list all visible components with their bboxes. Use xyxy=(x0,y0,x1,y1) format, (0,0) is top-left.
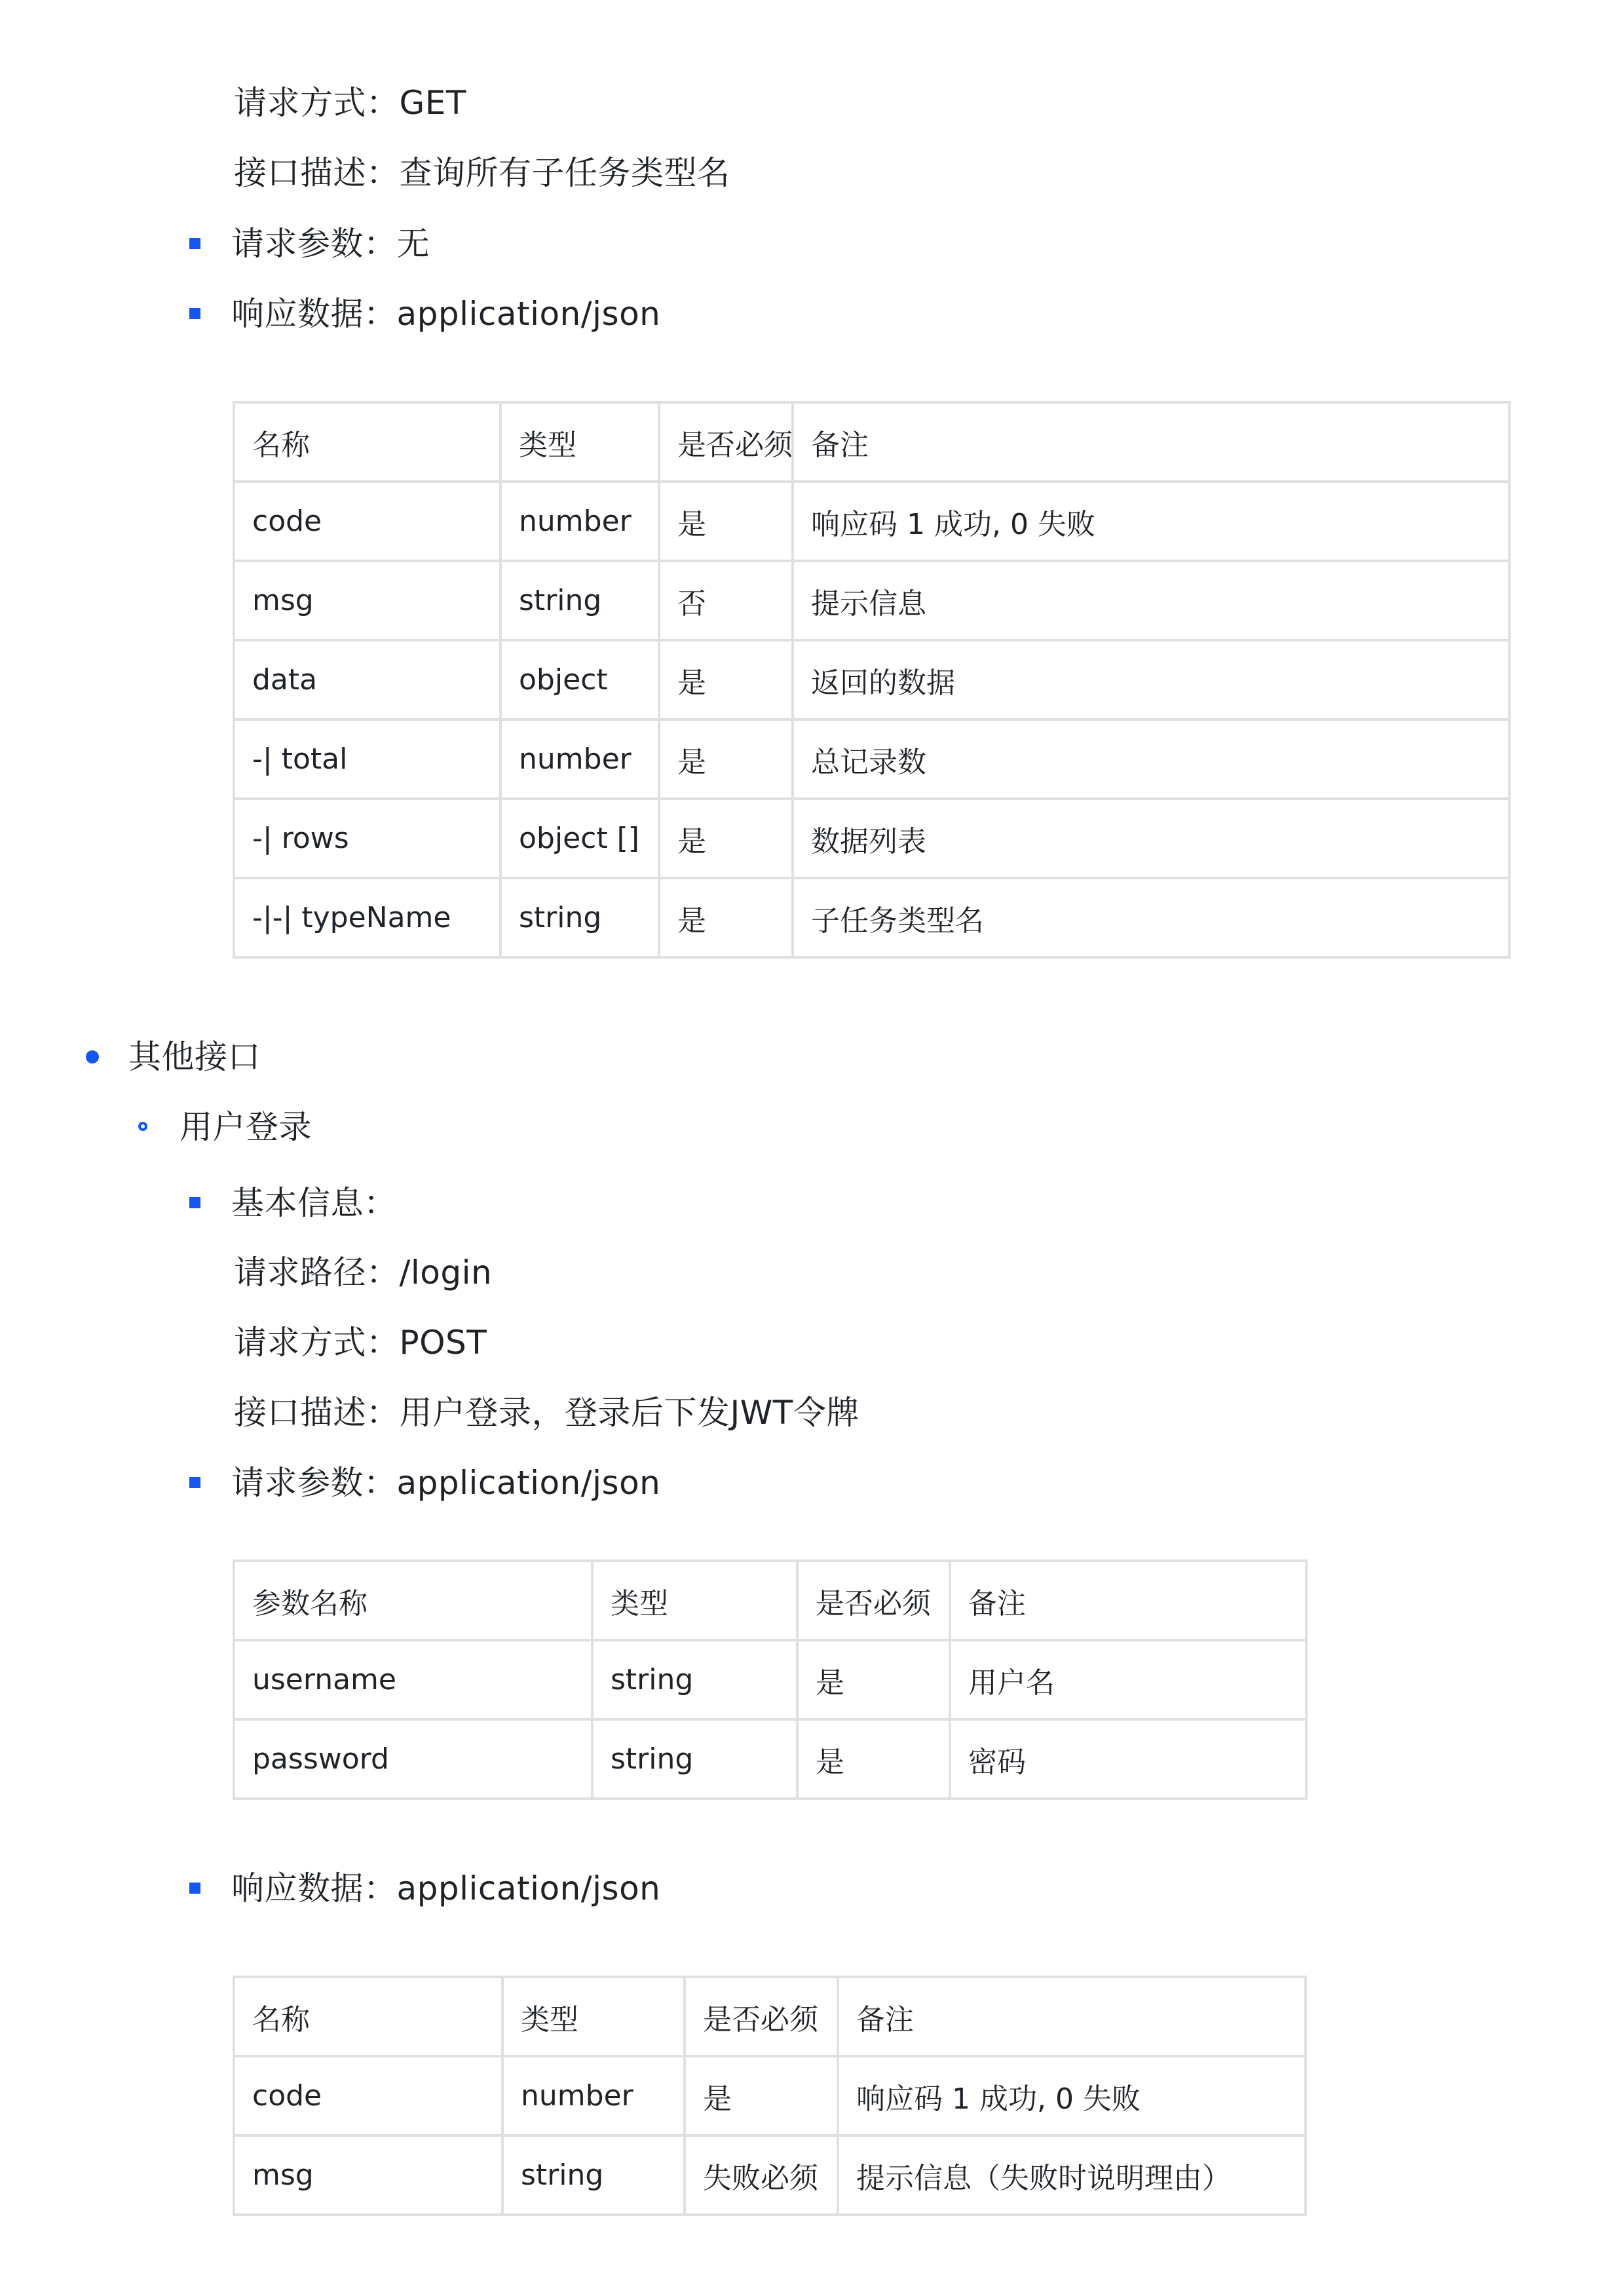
cell-note: 响应码 1 成功, 0 失败 xyxy=(793,482,1509,561)
header-cell: 类型 xyxy=(502,1977,685,2056)
table-header-row: 名称 类型 是否必须 备注 xyxy=(234,402,1509,482)
cell-note: 密码 xyxy=(950,1719,1306,1799)
cell-name: msg xyxy=(234,561,500,640)
header-cell: 参数名称 xyxy=(234,1561,592,1640)
cell-type: number xyxy=(500,482,659,561)
table-header-row: 参数名称 类型 是否必须 备注 xyxy=(234,1561,1306,1640)
cell-type: number xyxy=(502,2056,685,2135)
cell-required: 是 xyxy=(685,2056,838,2135)
disc-bullet-icon xyxy=(86,1050,99,1063)
header-cell: 类型 xyxy=(592,1561,797,1640)
response-table: 名称 类型 是否必须 备注 code number 是 响应码 1 成功, 0 … xyxy=(233,401,1511,959)
header-cell: 备注 xyxy=(838,1977,1306,2056)
table-row: code number 是 响应码 1 成功, 0 失败 xyxy=(234,482,1509,561)
square-bullet-icon xyxy=(189,308,200,319)
cell-note: 返回的数据 xyxy=(793,640,1509,719)
cell-type: object [] xyxy=(500,799,659,878)
request-method-text: 请求方式：POST xyxy=(234,1323,487,1362)
cell-type: string xyxy=(500,561,659,640)
header-cell: 备注 xyxy=(950,1561,1306,1640)
square-bullet-icon xyxy=(189,238,200,249)
cell-required: 是 xyxy=(797,1719,950,1799)
cell-required: 失败必须 xyxy=(685,2135,838,2215)
header-cell: 名称 xyxy=(234,1977,502,2056)
table-row: password string 是 密码 xyxy=(234,1719,1306,1799)
table-row: -|-| typeName string 是 子任务类型名 xyxy=(234,878,1509,957)
cell-name: msg xyxy=(234,2135,502,2215)
response-table: 名称 类型 是否必须 备注 code number 是 响应码 1 成功, 0 … xyxy=(233,1976,1307,2216)
cell-note: 子任务类型名 xyxy=(793,878,1509,957)
table-row: username string 是 用户名 xyxy=(234,1640,1306,1719)
table-row: -| rows object [] 是 数据列表 xyxy=(234,799,1509,878)
header-cell: 是否必须 xyxy=(797,1561,950,1640)
basic-info-label: 基本信息： xyxy=(231,1183,397,1223)
cell-note: 提示信息（失败时说明理由） xyxy=(838,2135,1306,2215)
cell-note: 总记录数 xyxy=(793,719,1509,799)
interface-description-text: 接口描述：用户登录，登录后下发JWT令牌 xyxy=(234,1393,859,1432)
request-params-table: 参数名称 类型 是否必须 备注 username string 是 用户名 pa… xyxy=(233,1559,1308,1800)
cell-name: username xyxy=(234,1640,592,1719)
user-login-heading: 用户登录 xyxy=(179,1107,312,1147)
table-row: msg string 否 提示信息 xyxy=(234,561,1509,640)
header-cell: 名称 xyxy=(234,402,500,482)
header-cell: 是否必须 xyxy=(685,1977,838,2056)
table-header-row: 名称 类型 是否必须 备注 xyxy=(234,1977,1306,2056)
cell-name: -| total xyxy=(234,719,500,799)
cell-required: 是 xyxy=(659,640,793,719)
cell-note: 提示信息 xyxy=(793,561,1509,640)
cell-name: data xyxy=(234,640,500,719)
cell-required: 是 xyxy=(659,878,793,957)
cell-required: 是 xyxy=(659,719,793,799)
request-method-text: 请求方式：GET xyxy=(234,83,466,123)
table-row: msg string 失败必须 提示信息（失败时说明理由） xyxy=(234,2135,1306,2215)
other-interfaces-heading: 其他接口 xyxy=(128,1037,261,1077)
square-bullet-icon xyxy=(189,1477,200,1488)
header-cell: 类型 xyxy=(500,402,659,482)
response-data-text: 响应数据：application/json xyxy=(231,1869,660,1908)
cell-required: 是 xyxy=(659,799,793,878)
square-bullet-icon xyxy=(189,1883,200,1894)
cell-note: 响应码 1 成功, 0 失败 xyxy=(838,2056,1306,2135)
cell-type: string xyxy=(502,2135,685,2215)
cell-name: password xyxy=(234,1719,592,1799)
cell-required: 否 xyxy=(659,561,793,640)
cell-note: 用户名 xyxy=(950,1640,1306,1719)
cell-type: number xyxy=(500,719,659,799)
cell-name: code xyxy=(234,2056,502,2135)
cell-type: string xyxy=(592,1719,797,1799)
square-bullet-icon xyxy=(189,1197,200,1208)
cell-note: 数据列表 xyxy=(793,799,1509,878)
table-row: data object 是 返回的数据 xyxy=(234,640,1509,719)
circle-bullet-icon xyxy=(138,1122,147,1131)
header-cell: 备注 xyxy=(793,402,1509,482)
cell-type: string xyxy=(592,1640,797,1719)
cell-name: code xyxy=(234,482,500,561)
cell-name: -|-| typeName xyxy=(234,878,500,957)
interface-description-text: 接口描述：查询所有子任务类型名 xyxy=(234,153,730,193)
cell-required: 是 xyxy=(659,482,793,561)
cell-type: string xyxy=(500,878,659,957)
cell-type: object xyxy=(500,640,659,719)
response-data-text: 响应数据：application/json xyxy=(231,294,660,334)
cell-name: -| rows xyxy=(234,799,500,878)
request-params-text: 请求参数：application/json xyxy=(231,1463,660,1502)
request-params-text: 请求参数：无 xyxy=(231,224,430,263)
table-row: -| total number 是 总记录数 xyxy=(234,719,1509,799)
table-row: code number 是 响应码 1 成功, 0 失败 xyxy=(234,2056,1306,2135)
header-cell: 是否必须 xyxy=(659,402,793,482)
cell-required: 是 xyxy=(797,1640,950,1719)
request-path-text: 请求路径：/login xyxy=(234,1253,492,1292)
